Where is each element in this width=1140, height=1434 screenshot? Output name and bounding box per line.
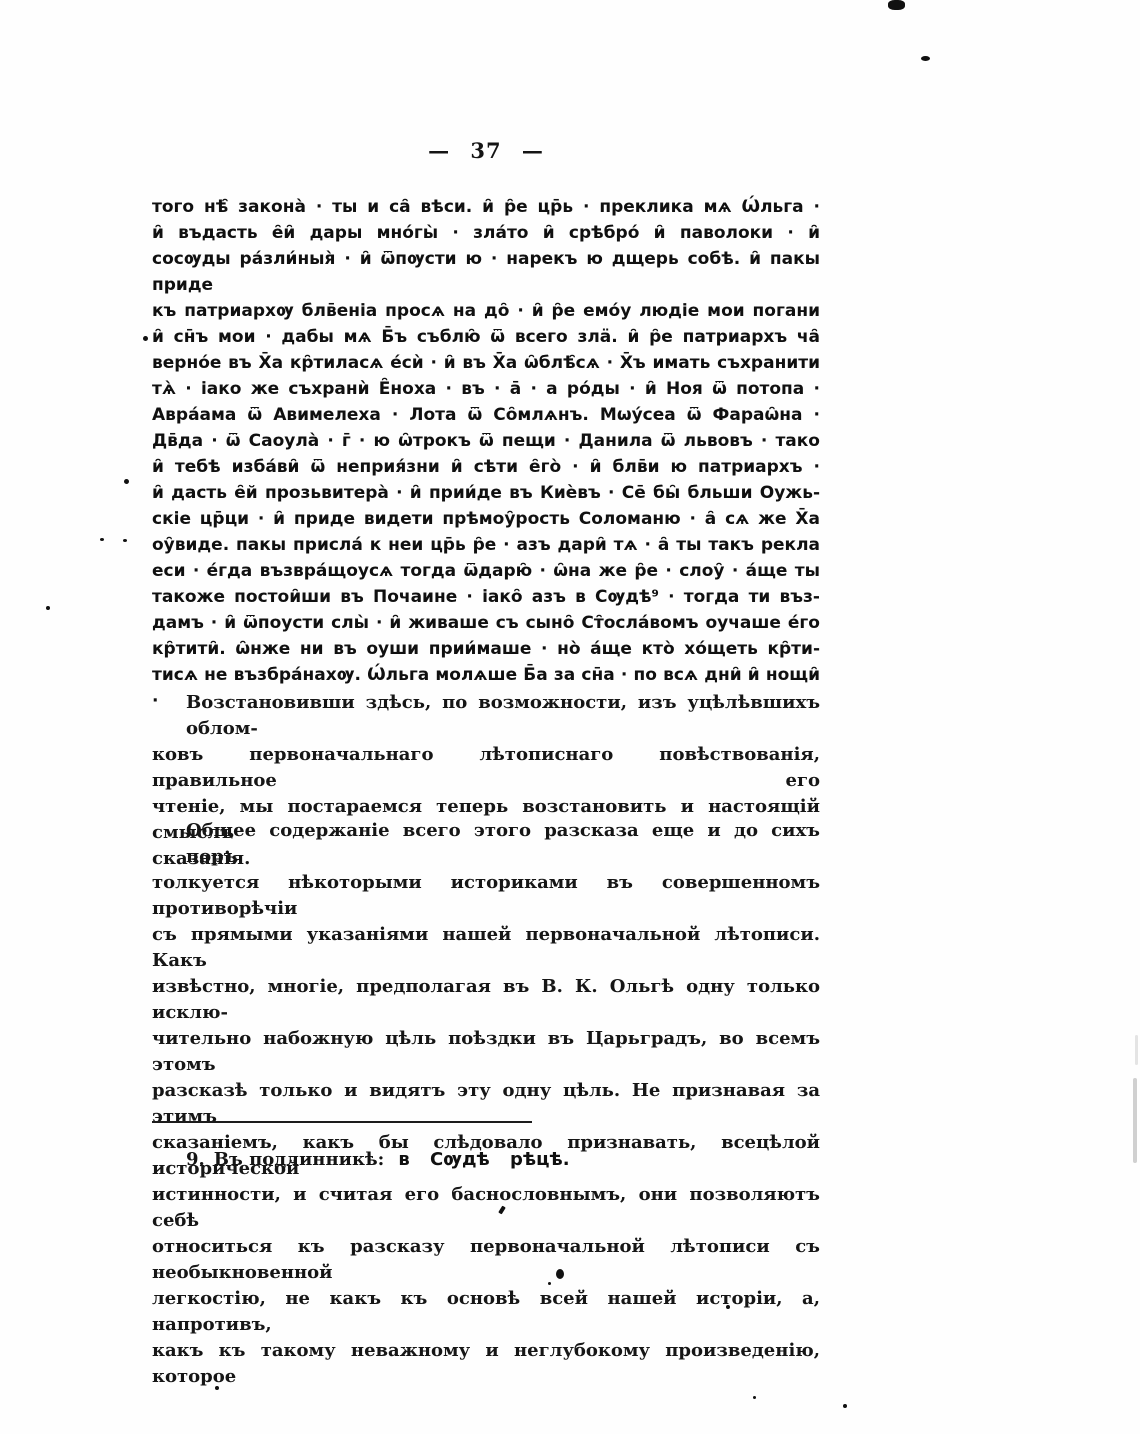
slavonic-line: оу̑виде. пакы присла́ к неи цр̄ь р̑е · а…: [152, 532, 820, 558]
footnote: 9.Въ подлинникѣ:в Сѹдѣ рѣцѣ.: [152, 1146, 854, 1173]
page-edge-smudge: [1135, 1035, 1138, 1065]
paragraph-line: съ прямыми указаніями нашей первоначальн…: [152, 922, 820, 974]
page-number: — 37 —: [152, 138, 820, 163]
page-edge-smudge: [1133, 1078, 1137, 1163]
slavonic-line: Дв̄да · ѿ Саоула̀ · г̄ · ю ѡ̑трокъ ѿ пещ…: [152, 428, 820, 454]
footnote-rule: [152, 1121, 532, 1123]
slavonic-line: верно́е въ Х̄а кр̑тиласѧ е́сѝ · и̑ въ Х̄…: [152, 350, 820, 376]
ink-speck: [548, 1282, 551, 1285]
paragraph-line: ковъ первоначальнаго лѣтописнаго повѣств…: [152, 742, 820, 794]
slavonic-line: къ патриархѹ блв̄еніа просѧ на до̑ · и̑ …: [152, 298, 820, 324]
commentary-paragraph-2: Общее содержаніе всего этого разсказа ещ…: [152, 818, 820, 1390]
slavonic-line: кр̑тити̑. ѡ̑нже ни въ оуши прии́маше · н…: [152, 636, 820, 662]
ink-speck: [556, 1269, 564, 1279]
ink-speck: [124, 479, 129, 484]
footnote-text: Въ подлинникѣ:: [214, 1149, 385, 1170]
paragraph-line: чительно набожную цѣль поѣздки въ Царьгр…: [152, 1026, 820, 1078]
scanned-book-page: — 37 — того нѣ̑ закона̀ · ты и са̑ вѣси.…: [0, 0, 1140, 1434]
paragraph-line: какъ къ такому неважному и неглубокому п…: [152, 1338, 820, 1390]
paragraph-line: истинности, и считая его баснословнымъ, …: [152, 1182, 820, 1234]
ink-speck: [921, 56, 930, 61]
slavonic-line: того нѣ̑ закона̀ · ты и са̑ вѣси. и̑ р̑е…: [152, 194, 820, 220]
ink-speck: [753, 1396, 756, 1399]
church-slavonic-excerpt: того нѣ̑ закона̀ · ты и са̑ вѣси. и̑ р̑е…: [152, 194, 820, 714]
ink-speck: [46, 606, 50, 610]
footnote-number: 9.: [186, 1149, 205, 1170]
ink-speck: [888, 0, 905, 10]
ink-speck: [100, 538, 104, 541]
slavonic-line: и̑ дасть е̑й прозьвитера̀ · и̑ прии́де в…: [152, 480, 820, 506]
slavonic-line: еси · е́гда възвра́щоусѧ тогда ѿдарю̑ · …: [152, 558, 820, 584]
ink-speck: [215, 1386, 219, 1390]
slavonic-line: Авра́ама ѿ Авимелеха · Лота ѿ Со̑млѧнъ. …: [152, 402, 820, 428]
paragraph-line: легкостію, не какъ къ основѣ всей нашей …: [152, 1286, 820, 1338]
ink-speck: [143, 336, 148, 341]
slavonic-line: и̑ тебѣ изба́ви̑ ѿ неприя́зни и̑ сѣти е̑…: [152, 454, 820, 480]
ink-speck: [843, 1404, 847, 1408]
footnote-quote: в Сѹдѣ рѣцѣ.: [398, 1149, 569, 1170]
slavonic-line: сосѹды ра́зли́ныя̀ · и̑ ѿпѹсти ю · нарек…: [152, 246, 820, 298]
paragraph-line: Возстановивши здѣсь, по возможности, изъ…: [152, 690, 820, 742]
slavonic-line: и̑ въдасть е̑и̑ дары мно́гы̀ · зла́то и̑…: [152, 220, 820, 246]
ink-speck: [726, 1305, 730, 1309]
paragraph-line: толкуется нѣкоторыми историками въ совер…: [152, 870, 820, 922]
ink-speck: [123, 539, 127, 542]
paragraph-line: Общее содержаніе всего этого разсказа ещ…: [152, 818, 820, 870]
slavonic-line: тѧ̀ · іако же съхранѝ Е̑ноха · въ · а̄ ·…: [152, 376, 820, 402]
slavonic-line: и̑ сн̄ъ мои · дабы мѧ Б̄ъ съблю̑ ѿ всего…: [152, 324, 820, 350]
paragraph-line: извѣстно, многіе, предполагая въ В. К. О…: [152, 974, 820, 1026]
slavonic-line: дамъ · и̑ ѿпоусти слы̀ · и̑ живаше съ сы…: [152, 610, 820, 636]
slavonic-line: такоже постои̑ши въ Почаине · іако̑ азъ …: [152, 584, 820, 610]
slavonic-line: скіе цр̄ци · и̑ приде видети прѣмоу̑рост…: [152, 506, 820, 532]
paragraph-line: относиться къ разсказу первоначальной лѣ…: [152, 1234, 820, 1286]
